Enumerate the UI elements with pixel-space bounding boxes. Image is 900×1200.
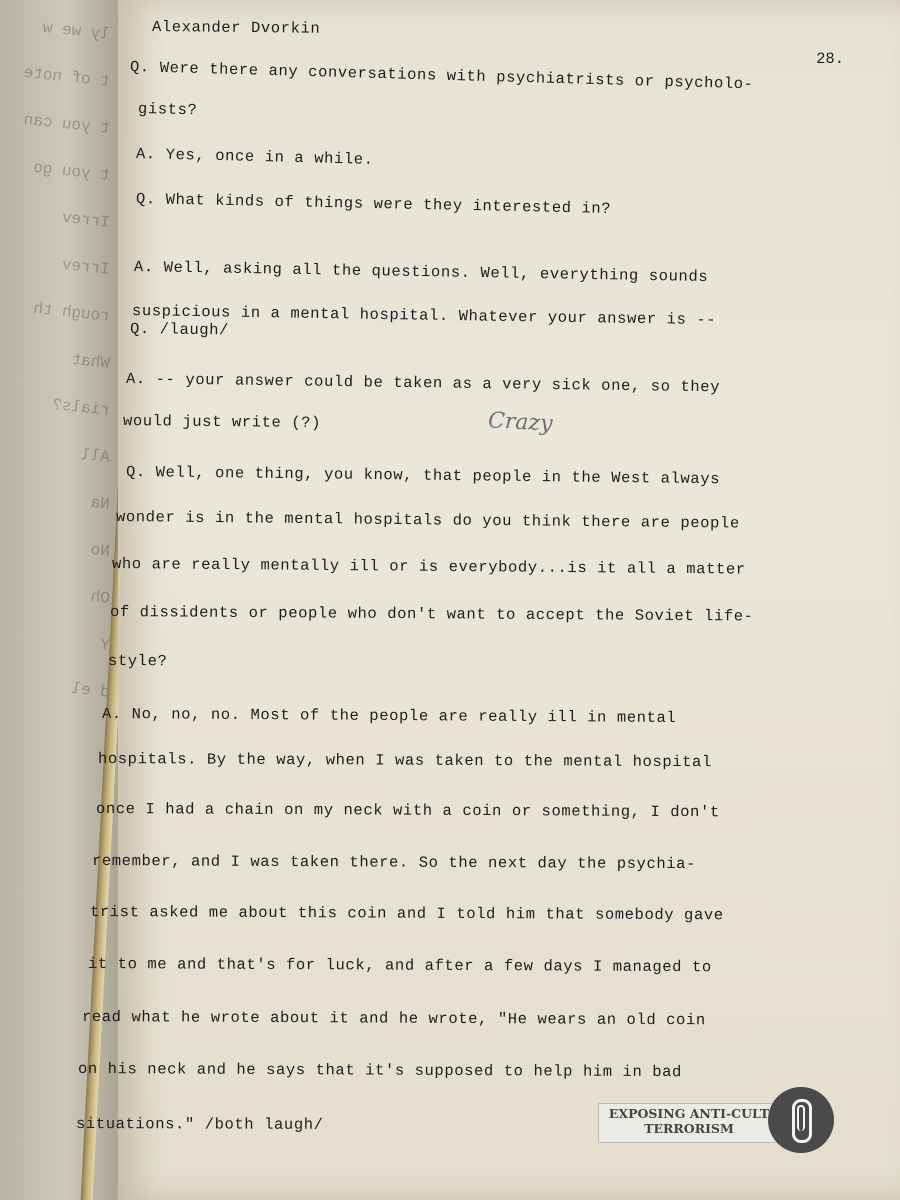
ghost-text: rough th (0, 296, 111, 325)
transcript-line: hospitals. By the way, when I was taken … (98, 750, 712, 771)
transcript-line: Q. /laugh/ (130, 320, 229, 339)
transcript-line: style? (108, 652, 168, 670)
header-name: Alexander Dvorkin (152, 18, 321, 38)
transcript-line: of dissidents or people who don't want t… (110, 603, 754, 625)
ghost-text: Na (0, 484, 111, 513)
ghost-text: What (0, 343, 111, 372)
ghost-text: No (0, 531, 111, 560)
transcript-line: read what he wrote about it and he wrote… (82, 1008, 706, 1029)
transcript-line: Q. Were there any conversations with psy… (130, 58, 754, 93)
ghost-text: d el (0, 672, 111, 701)
transcript-line: remember, and I was taken there. So the … (92, 852, 696, 873)
transcript-line: A. Yes, once in a while. (136, 145, 374, 169)
transcript-line: A. Well, asking all the questions. Well,… (134, 258, 709, 286)
transcript-line: who are really mentally ill or is everyb… (112, 555, 746, 579)
transcript-line: situations." /both laugh/ (76, 1115, 324, 1134)
paperclip-icon (768, 1087, 834, 1153)
ghost-text: t you go (0, 155, 111, 184)
transcript-line: on his neck and he says that it's suppos… (78, 1060, 682, 1081)
ghost-text: Y (0, 625, 111, 654)
transcript-line: gists? (138, 100, 198, 119)
ghost-text: t of note (0, 61, 111, 90)
transcript-line: Q. What kinds of things were they intere… (136, 190, 612, 218)
ghost-text: Irrev (0, 249, 111, 278)
watermark-line2: TERRORISM (599, 1121, 779, 1136)
transcript-line: it to me and that's for luck, and after … (88, 955, 712, 976)
transcript-line: trist asked me about this coin and I tol… (90, 903, 724, 924)
transcript-line: wonder is in the mental hospitals do you… (116, 508, 740, 533)
ghost-text: Oh (0, 578, 111, 607)
transcript-line: A. No, no, no. Most of the people are re… (102, 705, 676, 727)
ghost-text: rials? (0, 390, 111, 419)
watermark-line1: EXPOSING ANTI-CULT (599, 1106, 779, 1121)
transcript-line: would just write (?) (123, 412, 321, 432)
transcript-line: once I had a chain on my neck with a coi… (96, 800, 720, 821)
ghost-text: All (0, 437, 111, 466)
document-page: Alexander Dvorkin 28. Q. Were there any … (118, 0, 900, 1200)
handwritten-annotation: Crazy (487, 408, 553, 436)
ghost-text: t you can (0, 108, 111, 137)
transcript-line: A. -- your answer could be taken as a ve… (126, 370, 720, 396)
transcript-line: Q. Well, one thing, you know, that peopl… (126, 463, 720, 488)
ghost-text: ly we w (0, 14, 111, 43)
ghost-text: Irrev (0, 202, 111, 231)
watermark-label: EXPOSING ANTI-CULT TERRORISM (598, 1103, 780, 1143)
page-number: 28. (816, 50, 844, 68)
